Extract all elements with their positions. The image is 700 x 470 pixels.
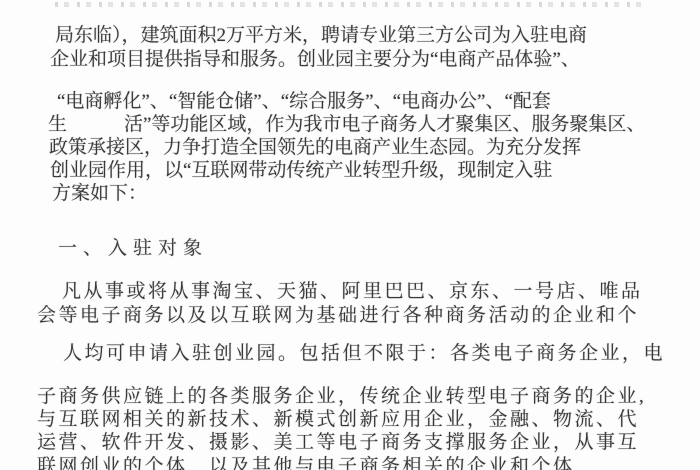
text-line: 人均可申请入驻创业园。包括但不限于：各类电子商务企业，电 bbox=[63, 344, 665, 363]
clipped-text-remnant bbox=[55, 2, 645, 7]
text-line: 与互联网相关的新技术、新模式创新应用企业，金融、物流、代 bbox=[37, 410, 639, 429]
text-line: “电商孵化”、“智能仓储”、“综合服务”、“电商办公”、“配套 bbox=[57, 92, 551, 111]
section-heading: 一、入驻对象 bbox=[58, 239, 208, 258]
text-line: 生 活”等功能区域，作为我市电子商务人才聚集区、服务聚集区、 bbox=[48, 115, 645, 134]
text-line: 会等电子商务以及以互联网为基础进行各种商务活动的企业和个 bbox=[37, 306, 639, 325]
text-line: 凡从事或将从事淘宝、天猫、阿里巴巴、京东、一号店、唯品 bbox=[62, 282, 643, 301]
text-line: 政策承接区，力争打造全国领先的电商产业生态园。为充分发挥 bbox=[49, 138, 581, 157]
text-line: 创业园作用，以“互联网带动传统产业转型升级，现制定入驻 bbox=[50, 161, 552, 180]
text-line: 子商务供应链上的各类服务企业，传统企业转型电子商务的企业, bbox=[37, 387, 646, 406]
text-line: 企业和项目提供指导和服务。创业园主要分为“电商产品体验”、 bbox=[50, 50, 580, 69]
document-page: 局东临），建筑面积2万平方米，聘请专业第三方公司为入驻电商 企业和项目提供指导和… bbox=[0, 0, 700, 470]
text-line: 方案如下： bbox=[52, 184, 147, 203]
text-line: 运营、软件开发、摄影、美工等电子商务支撑服务企业，从事互 bbox=[37, 433, 639, 452]
text-line: 局东临），建筑面积2万平方米，聘请专业第三方公司为入驻电商 bbox=[55, 26, 587, 45]
text-line-clipped: 联网创业的个体，以及其他与电子商务相关的企业和个体 bbox=[37, 457, 575, 470]
